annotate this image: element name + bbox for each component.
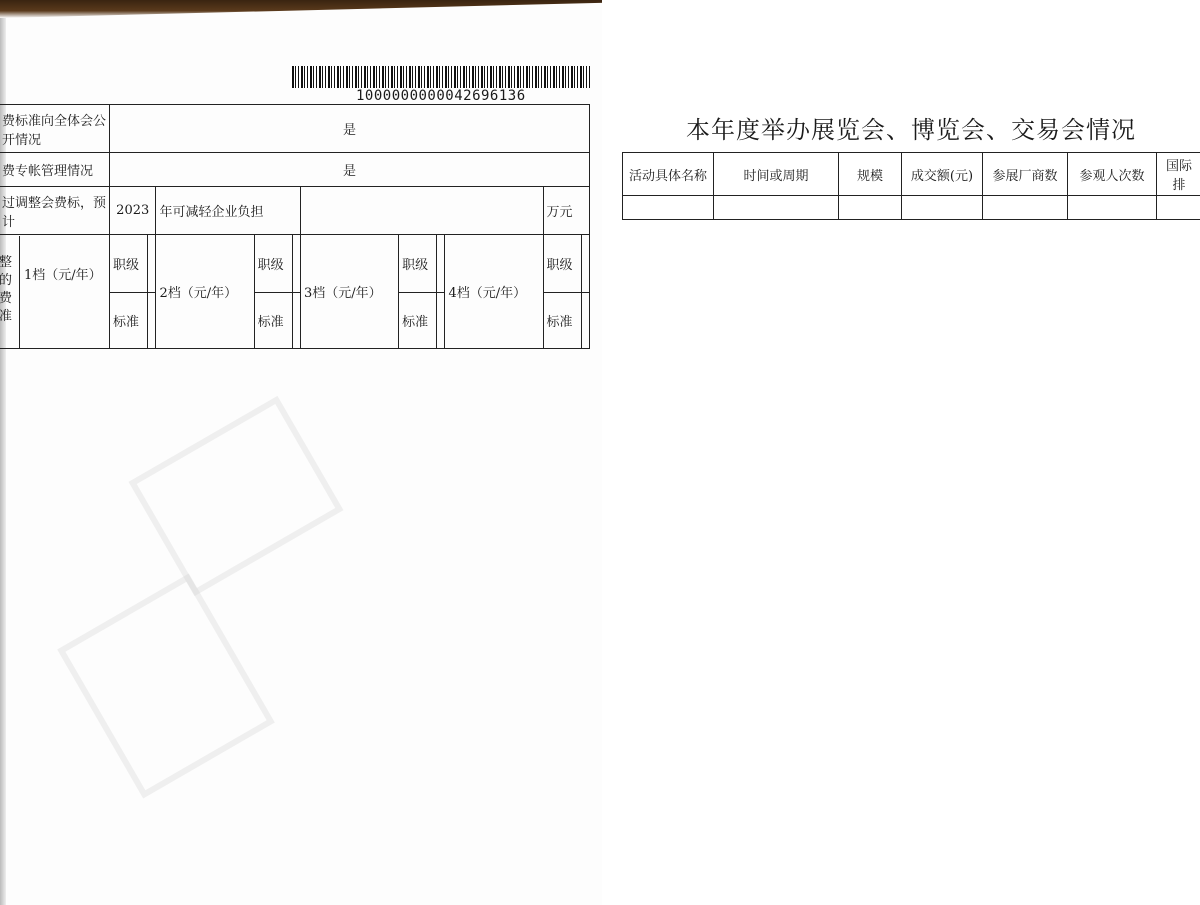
left-page: 1000000000042696136 费标准向全体会公开情况 是 费专帐管理情… [0, 0, 602, 905]
row-value: 是 [110, 153, 590, 187]
std-value[interactable] [292, 293, 300, 349]
header-cell: 国际排 [1157, 153, 1200, 196]
std-label: 标准 [110, 293, 148, 349]
std-label: 标准 [543, 293, 581, 349]
row-value: 是 [110, 105, 590, 153]
barcode-number: 1000000000042696136 [356, 88, 526, 104]
std-value[interactable] [581, 293, 589, 349]
std-label: 标准 [399, 293, 437, 349]
page-shadow [0, 0, 605, 18]
data-cell[interactable] [1068, 196, 1157, 220]
watermark [129, 396, 344, 596]
std-label: 标准 [254, 293, 292, 349]
adjust-text: 年可减轻企业负担 [156, 187, 301, 235]
std-value[interactable] [437, 293, 445, 349]
rank-label: 职级 [254, 235, 292, 293]
rank-value[interactable] [437, 235, 445, 293]
row-label: 费标准向全体会公开情况 [0, 105, 110, 153]
data-cell[interactable] [623, 196, 714, 220]
data-cell[interactable] [714, 196, 839, 220]
barcode [292, 66, 590, 88]
exhibition-table: 活动具体名称 时间或周期 规模 成交额(元) 参展厂商数 参观人次数 国际排 [622, 152, 1200, 220]
header-cell: 活动具体名称 [623, 153, 714, 196]
tier-name: 3档（元/年） [300, 235, 398, 349]
tiers-label: 整的费准 [0, 236, 20, 348]
std-value[interactable] [148, 293, 156, 349]
adjust-unit: 万元 [543, 187, 589, 235]
header-cell: 时间或周期 [714, 153, 839, 196]
header-cell: 成交额(元) [902, 153, 983, 196]
row-label: 费专帐管理情况 [0, 153, 110, 187]
adjust-amount[interactable] [300, 187, 543, 235]
rank-value[interactable] [581, 235, 589, 293]
page-title: 本年度举办展览会、博览会、交易会情况 [686, 110, 1136, 145]
data-cell[interactable] [1157, 196, 1200, 220]
rank-value[interactable] [292, 235, 300, 293]
header-cell: 规模 [839, 153, 902, 196]
data-cell[interactable] [839, 196, 902, 220]
fee-table: 费标准向全体会公开情况 是 费专帐管理情况 是 过调整会费标，预计 2023 年… [0, 104, 590, 349]
tier-name: 4档（元/年） [445, 235, 543, 349]
data-cell[interactable] [983, 196, 1068, 220]
header-cell: 参观人次数 [1068, 153, 1157, 196]
rank-label: 职级 [399, 235, 437, 293]
rank-label: 职级 [110, 235, 148, 293]
rank-label: 职级 [543, 235, 581, 293]
watermark [57, 574, 275, 799]
adjust-year: 2023 [110, 187, 156, 235]
adjust-label: 过调整会费标，预计 [0, 187, 110, 235]
data-cell[interactable] [902, 196, 983, 220]
header-cell: 参展厂商数 [983, 153, 1068, 196]
tier-name: 2档（元/年） [156, 235, 254, 349]
tier-name: 1档（元/年） [20, 236, 109, 348]
rank-value[interactable] [148, 235, 156, 293]
